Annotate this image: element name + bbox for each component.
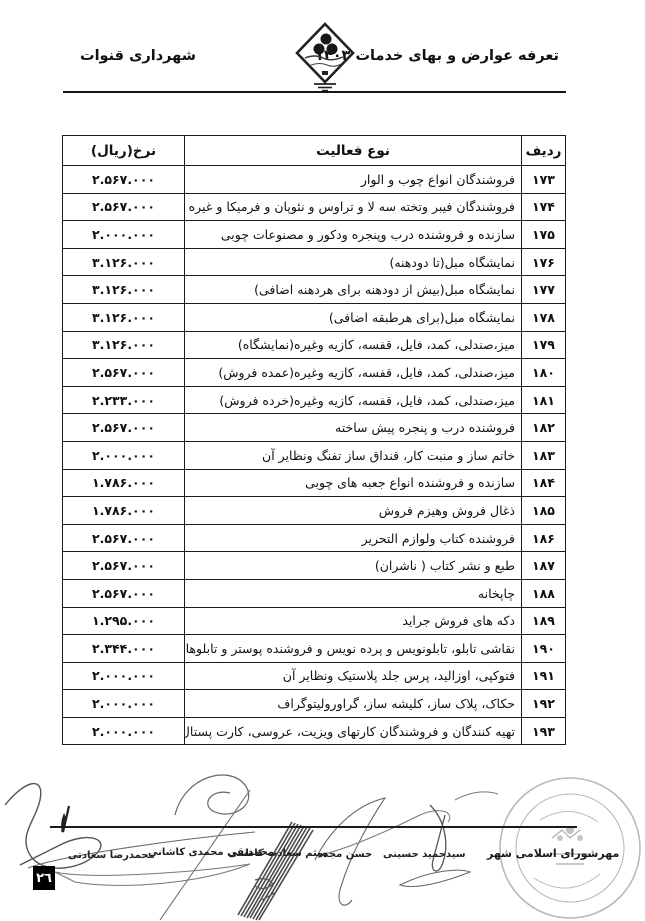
table-row: ۱۷۴فروشندگان فیبر وتخته سه لا و تراوس و …	[63, 193, 566, 221]
tariff-table: ردیف نوع فعالیت نرخ(ریال) ۱۷۳فروشندگان ا…	[62, 135, 566, 745]
rate-cell: ۳.۱۲۶.۰۰۰	[63, 331, 185, 359]
table-row: ۱۸۶فروشنده کتاب ولوازم التحریر۲.۵۶۷.۰۰۰	[63, 524, 566, 552]
activity-cell: فروشنده درب و پنجره پیش ساخته	[185, 414, 522, 442]
row-number-cell: ۱۷۶	[522, 248, 566, 276]
rate-cell: ۲.۵۶۷.۰۰۰	[63, 359, 185, 387]
row-number-cell: ۱۹۲	[522, 690, 566, 718]
table-row: ۱۹۰نقاشی تابلو، تابلونویس و پرده نویس و …	[63, 635, 566, 663]
activity-cell: فروشنده کتاب ولوازم التحریر	[185, 524, 522, 552]
table-row: ۱۸۷طبع و نشر کتاب ( ناشران)۲.۵۶۷.۰۰۰	[63, 552, 566, 580]
row-number-cell: ۱۷۳	[522, 166, 566, 194]
activity-cell: حکاک، پلاک ساز، کلیشه ساز، گراورولیتوگرا…	[185, 690, 522, 718]
row-number-cell: ۱۸۲	[522, 414, 566, 442]
table-row: ۱۹۱فتوکپی، اوزالید، پرس جلد پلاستیک ونظا…	[63, 662, 566, 690]
council-seal-label: مهرشورای اسلامی شهر	[487, 847, 619, 860]
signatory-name: حسن مجدد	[318, 849, 372, 860]
table-row: ۱۹۳تهیه کنندگان و فروشندگان کارتهای ویزی…	[63, 717, 566, 745]
rate-cell: ۲.۰۰۰.۰۰۰	[63, 717, 185, 745]
activity-cell: نقاشی تابلو، تابلونویس و پرده نویس و فرو…	[185, 635, 522, 663]
row-number-cell: ۱۷۸	[522, 303, 566, 331]
column-header-activity: نوع فعالیت	[185, 136, 522, 166]
activity-cell: سازنده و فروشنده درب وپنجره ودکور و مصنو…	[185, 221, 522, 249]
row-number-cell: ۱۸۱	[522, 386, 566, 414]
row-number-cell: ۱۸۰	[522, 359, 566, 387]
rate-cell: ۲.۰۰۰.۰۰۰	[63, 221, 185, 249]
activity-cell: تهیه کنندگان و فروشندگان کارتهای ویزیت، …	[185, 717, 522, 745]
row-number-cell: ۱۹۳	[522, 717, 566, 745]
rate-cell: ۲.۵۶۷.۰۰۰	[63, 193, 185, 221]
rate-cell: ۱.۷۸۶.۰۰۰	[63, 469, 185, 497]
activity-cell: میز،صندلی، کمد، فایل، قفسه، کازیه وغیره(…	[185, 386, 522, 414]
table-row: ۱۹۲حکاک، پلاک ساز، کلیشه ساز، گراورولیتو…	[63, 690, 566, 718]
scanned-tariff-page: { "header": { "title": "تعرفه عوارض و به…	[0, 0, 645, 921]
row-number-cell: ۱۸۵	[522, 497, 566, 525]
rate-cell: ۳.۱۲۶.۰۰۰	[63, 248, 185, 276]
row-number-cell: ۱۸۴	[522, 469, 566, 497]
rate-cell: ۲.۰۰۰.۰۰۰	[63, 690, 185, 718]
table-row: ۱۷۶نمایشگاه مبل(تا دودهنه)۳.۱۲۶.۰۰۰	[63, 248, 566, 276]
rate-cell: ۱.۷۸۶.۰۰۰	[63, 497, 185, 525]
activity-cell: نمایشگاه مبل(بیش از دودهنه برای هردهنه ا…	[185, 276, 522, 304]
row-number-cell: ۱۷۵	[522, 221, 566, 249]
activity-cell: میز،صندلی، کمد، فایل، قفسه، کازیه وغیره(…	[185, 359, 522, 387]
signatory-name: محمدرضا سعادتی	[68, 850, 155, 861]
table-row: ۱۷۸نمایشگاه مبل(برای هرطبقه اضافی)۳.۱۲۶.…	[63, 303, 566, 331]
row-number-cell: ۱۸۷	[522, 552, 566, 580]
footer-divider	[50, 826, 577, 828]
row-number-cell: ۱۷۷	[522, 276, 566, 304]
rate-cell: ۲.۵۶۷.۰۰۰	[63, 414, 185, 442]
table-row: ۱۷۳فروشندگان انواع چوب و الوار۲.۵۶۷.۰۰۰	[63, 166, 566, 194]
table-row: ۱۸۱میز،صندلی، کمد، فایل، قفسه، کازیه وغی…	[63, 386, 566, 414]
activity-cell: فروشندگان انواع چوب و الوار	[185, 166, 522, 194]
table-row: ۱۷۹میز،صندلی، کمد، فایل، قفسه، کازیه وغی…	[63, 331, 566, 359]
activity-cell: چاپخانه	[185, 579, 522, 607]
signatory-name: سیدحمید حسینی	[383, 849, 466, 860]
table-row: ۱۸۴سازنده و فروشنده انواع جعبه های چوبی۱…	[63, 469, 566, 497]
activity-cell: فروشندگان فیبر وتخته سه لا و تراوس و نئو…	[185, 193, 522, 221]
table-row: ۱۸۸چاپخانه۲.۵۶۷.۰۰۰	[63, 579, 566, 607]
rate-cell: ۲.۵۶۷.۰۰۰	[63, 524, 185, 552]
row-number-cell: ۱۹۱	[522, 662, 566, 690]
page-number-badge: ٢٦	[33, 866, 55, 890]
signatory-name: میثم سعادت کاظمی	[228, 848, 327, 859]
rate-cell: ۲.۵۶۷.۰۰۰	[63, 552, 185, 580]
row-number-cell: ۱۸۳	[522, 441, 566, 469]
activity-cell: دکه های فروش جراید	[185, 607, 522, 635]
rate-cell: ۲.۰۰۰.۰۰۰	[63, 441, 185, 469]
activity-cell: نمایشگاه مبل(تا دودهنه)	[185, 248, 522, 276]
row-number-cell: ۱۹۰	[522, 635, 566, 663]
tariff-table-container: ردیف نوع فعالیت نرخ(ریال) ۱۷۳فروشندگان ا…	[63, 135, 566, 745]
rate-cell: ۲.۰۰۰.۰۰۰	[63, 662, 185, 690]
row-number-cell: ۱۷۴	[522, 193, 566, 221]
municipality-logo-icon	[293, 22, 357, 92]
rate-cell: ۲.۳۴۴.۰۰۰	[63, 635, 185, 663]
table-body: ۱۷۳فروشندگان انواع چوب و الوار۲.۵۶۷.۰۰۰۱…	[63, 166, 566, 745]
table-row: ۱۸۹دکه های فروش جراید۱.۲۹۵.۰۰۰	[63, 607, 566, 635]
rate-cell: ۳.۱۲۶.۰۰۰	[63, 276, 185, 304]
activity-cell: نمایشگاه مبل(برای هرطبقه اضافی)	[185, 303, 522, 331]
rate-cell: ۲.۵۶۷.۰۰۰	[63, 579, 185, 607]
header-divider	[63, 91, 566, 93]
table-row: ۱۸۳خاتم ساز و منبت کار، قنداق ساز تفنگ و…	[63, 441, 566, 469]
table-row: ۱۸۰میز،صندلی، کمد، فایل، قفسه، کازیه وغی…	[63, 359, 566, 387]
rate-cell: ۲.۵۶۷.۰۰۰	[63, 166, 185, 194]
column-header-row-number: ردیف	[522, 136, 566, 166]
table-row: ۱۷۵سازنده و فروشنده درب وپنجره ودکور و م…	[63, 221, 566, 249]
column-header-rate: نرخ(ریال)	[63, 136, 185, 166]
activity-cell: طبع و نشر کتاب ( ناشران)	[185, 552, 522, 580]
signature-scribbles	[0, 760, 645, 921]
row-number-cell: ۱۷۹	[522, 331, 566, 359]
rate-cell: ۱.۲۹۵.۰۰۰	[63, 607, 185, 635]
activity-cell: میز،صندلی، کمد، فایل، قفسه، کازیه وغیره(…	[185, 331, 522, 359]
table-header-row: ردیف نوع فعالیت نرخ(ریال)	[63, 136, 566, 166]
activity-cell: خاتم ساز و منبت کار، قنداق ساز تفنگ ونظا…	[185, 441, 522, 469]
rate-cell: ۲.۲۳۳.۰۰۰	[63, 386, 185, 414]
rate-cell: ۳.۱۲۶.۰۰۰	[63, 303, 185, 331]
table-row: ۱۷۷نمایشگاه مبل(بیش از دودهنه برای هردهن…	[63, 276, 566, 304]
table-row: ۱۸۲فروشنده درب و پنجره پیش ساخته۲.۵۶۷.۰۰…	[63, 414, 566, 442]
row-number-cell: ۱۸۶	[522, 524, 566, 552]
activity-cell: ذغال فروش وهیزم فروش	[185, 497, 522, 525]
activity-cell: سازنده و فروشنده انواع جعبه های چوبی	[185, 469, 522, 497]
row-number-cell: ۱۸۸	[522, 579, 566, 607]
table-row: ۱۸۵ذغال فروش وهیزم فروش۱.۷۸۶.۰۰۰	[63, 497, 566, 525]
activity-cell: فتوکپی، اوزالید، پرس جلد پلاستیک ونظایر …	[185, 662, 522, 690]
row-number-cell: ۱۸۹	[522, 607, 566, 635]
municipality-name: شهرداری قنوات	[80, 48, 196, 64]
